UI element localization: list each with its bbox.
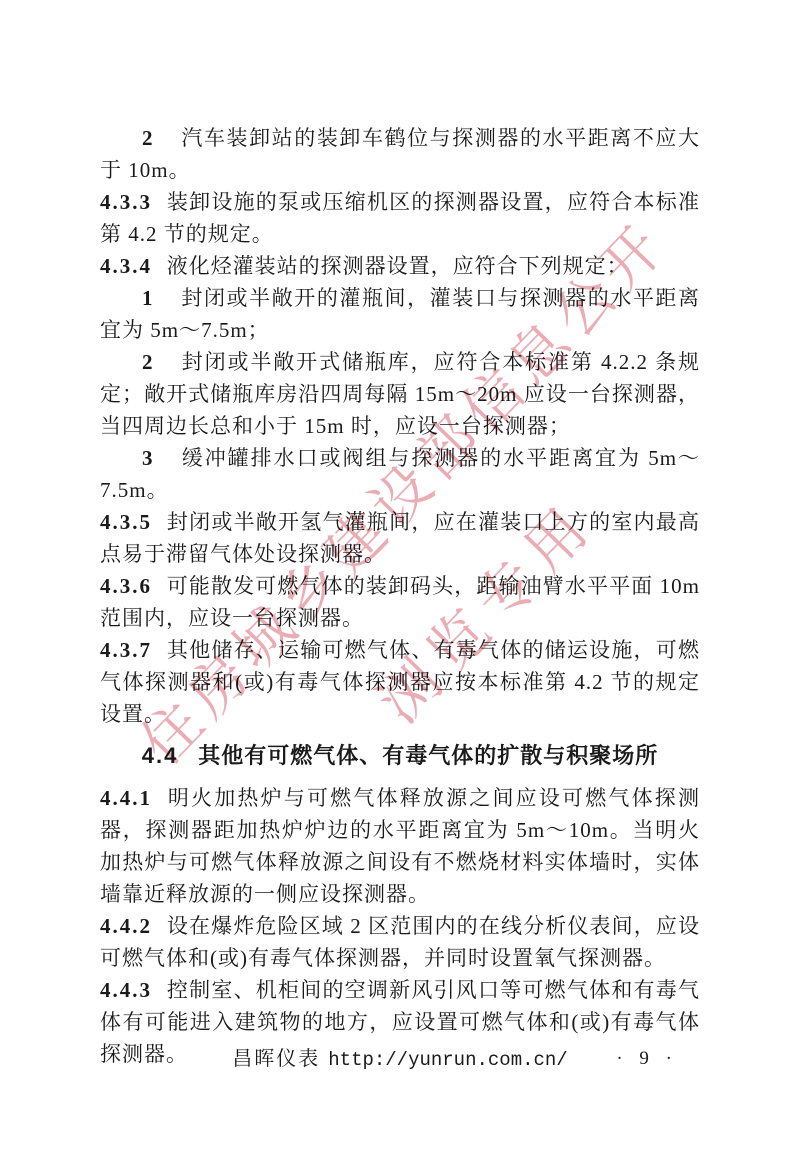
clause-number: 4.4.1 [100,786,152,810]
paragraph-text: 明火加热炉与可燃气体释放源之间应设可燃气体探测器，探测器距加热炉炉边的水平距离宜… [100,786,700,906]
paragraph-text: 装卸设施的泵或压缩机区的探测器设置，应符合本标准第 4.2 节的规定。 [100,190,700,246]
paragraph-text: 汽车装卸站的装卸车鹤位与探测器的水平距离不应大于 10m。 [100,126,700,182]
clause-4-3-3: 4.3.3装卸设施的泵或压缩机区的探测器设置，应符合本标准第 4.2 节的规定。 [100,186,700,250]
clause-4-3-4: 4.3.4液化烃灌装站的探测器设置，应符合下列规定： [100,250,700,282]
paragraph-text: 缓冲罐排水口或阀组与探测器的水平距离宜为 5m～7.5m。 [100,446,700,502]
document-page: 2汽车装卸站的装卸车鹤位与探测器的水平距离不应大于 10m。 4.3.3装卸设施… [0,0,800,1160]
item-2-continued: 2汽车装卸站的装卸车鹤位与探测器的水平距离不应大于 10m。 [100,122,700,186]
section-heading-4-4: 4.4其他有可燃气体、有毒气体的扩散与积聚场所 [100,740,700,772]
clause-4-3-6: 4.3.6可能散发可燃气体的装卸码头，距输油臂水平平面 10m 范围内，应设一台… [100,570,700,634]
footer-url: http://yunrun.com.cn/ [328,1049,567,1071]
clause-number: 4.3.3 [100,190,152,214]
paragraph-text: 封闭或半敞开的灌瓶间，灌装口与探测器的水平距离宜为 5m～7.5m； [100,286,700,342]
paragraph-text: 封闭或半敞开式储瓶库，应符合本标准第 4.2.2 条规定；敞开式储瓶库房沿四周每… [100,350,700,438]
item-number: 2 [142,350,154,374]
item-number: 2 [142,126,154,150]
paragraph-text: 封闭或半敞开氢气灌瓶间，应在灌装口上方的室内最高点易于滞留气体处设探测器。 [100,510,700,566]
paragraph-text: 液化烃灌装站的探测器设置，应符合下列规定： [167,254,629,278]
section-number: 4.4 [142,743,179,768]
clause-number: 4.4.3 [100,978,152,1002]
paragraph-text: 可能散发可燃气体的装卸码头，距输油臂水平平面 10m 范围内，应设一台探测器。 [100,574,700,630]
clause-4-4-1: 4.4.1明火加热炉与可燃气体释放源之间应设可燃气体探测器，探测器距加热炉炉边的… [100,782,700,910]
paragraph-text: 其他储存、运输可燃气体、有毒气体的储运设施，可燃气体探测器和(或)有毒气体探测器… [100,638,700,726]
item-2: 2封闭或半敞开式储瓶库，应符合本标准第 4.2.2 条规定；敞开式储瓶库房沿四周… [100,346,700,442]
body-text: 2汽车装卸站的装卸车鹤位与探测器的水平距离不应大于 10m。 4.3.3装卸设施… [100,122,700,1070]
page-footer: 昌晖仪表http://yunrun.com.cn/ · 9 · [100,1044,700,1074]
footer-brand: 昌晖仪表 [232,1048,320,1070]
clause-4-3-7: 4.3.7其他储存、运输可燃气体、有毒气体的储运设施，可燃气体探测器和(或)有毒… [100,634,700,730]
item-3: 3缓冲罐排水口或阀组与探测器的水平距离宜为 5m～7.5m。 [100,442,700,506]
section-title: 其他有可燃气体、有毒气体的扩散与积聚场所 [198,743,658,768]
clause-number: 4.3.6 [100,574,152,598]
clause-number: 4.3.7 [100,638,152,662]
clause-number: 4.4.2 [100,914,152,938]
item-number: 3 [142,446,154,470]
item-number: 1 [142,286,154,310]
footer-center: 昌晖仪表http://yunrun.com.cn/ [100,1044,700,1075]
page-number: · 9 · [616,1044,678,1074]
clause-number: 4.3.5 [100,510,152,534]
paragraph-text: 设在爆炸危险区域 2 区范围内的在线分析仪表间，应设可燃气体和(或)有毒气体探测… [100,914,700,970]
clause-4-4-2: 4.4.2设在爆炸危险区域 2 区范围内的在线分析仪表间，应设可燃气体和(或)有… [100,910,700,974]
clause-4-3-5: 4.3.5封闭或半敞开氢气灌瓶间，应在灌装口上方的室内最高点易于滞留气体处设探测… [100,506,700,570]
item-1: 1封闭或半敞开的灌瓶间，灌装口与探测器的水平距离宜为 5m～7.5m； [100,282,700,346]
clause-number: 4.3.4 [100,254,152,278]
